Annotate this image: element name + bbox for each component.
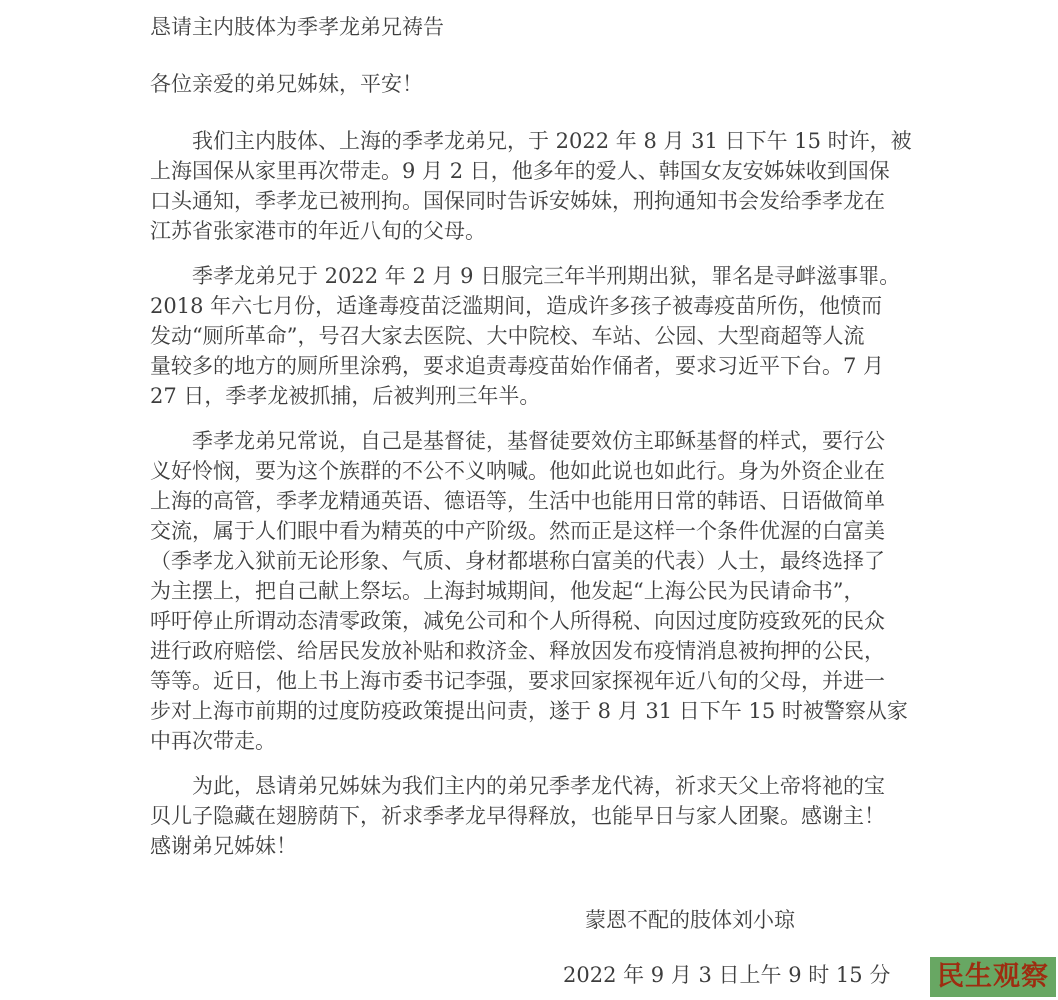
paragraph-faith-and-petition: 季孝龙弟兄常说，自己是基督徒，基督徒要效仿主耶稣基督的样式，要行公 义好怜悯，要… (150, 426, 940, 756)
greeting-line: 各位亲爱的弟兄姊妹，平安！ (150, 69, 940, 99)
paragraph-prison-history: 季孝龙弟兄于 2022 年 2 月 9 日服完三年半刑期出狱，罪名是寻衅滋事罪。… (150, 261, 940, 411)
paragraph-arrest-news: 我们主内肢体、上海的季孝龙弟兄，于 2022 年 8 月 31 日下午 15 时… (150, 126, 940, 246)
date-line: 2022 年 9 月 3 日上午 9 时 15 分 (563, 960, 890, 990)
watermark-minsheng-guancha: 民生观察 (930, 957, 1056, 997)
document-title: 恳请主内肢体为季孝龙弟兄祷告 (150, 12, 940, 42)
document-page: 恳请主内肢体为季孝龙弟兄祷告 各位亲爱的弟兄姊妹，平安！ 我们主内肢体、上海的季… (0, 0, 1058, 1000)
paragraph-prayer-request: 为此，恳请弟兄姊妹为我们主内的弟兄季孝龙代祷，祈求天父上帝将祂的宝 贝儿子隐藏在… (150, 771, 940, 861)
signature-line: 蒙恩不配的肢体刘小琼 (585, 905, 795, 935)
